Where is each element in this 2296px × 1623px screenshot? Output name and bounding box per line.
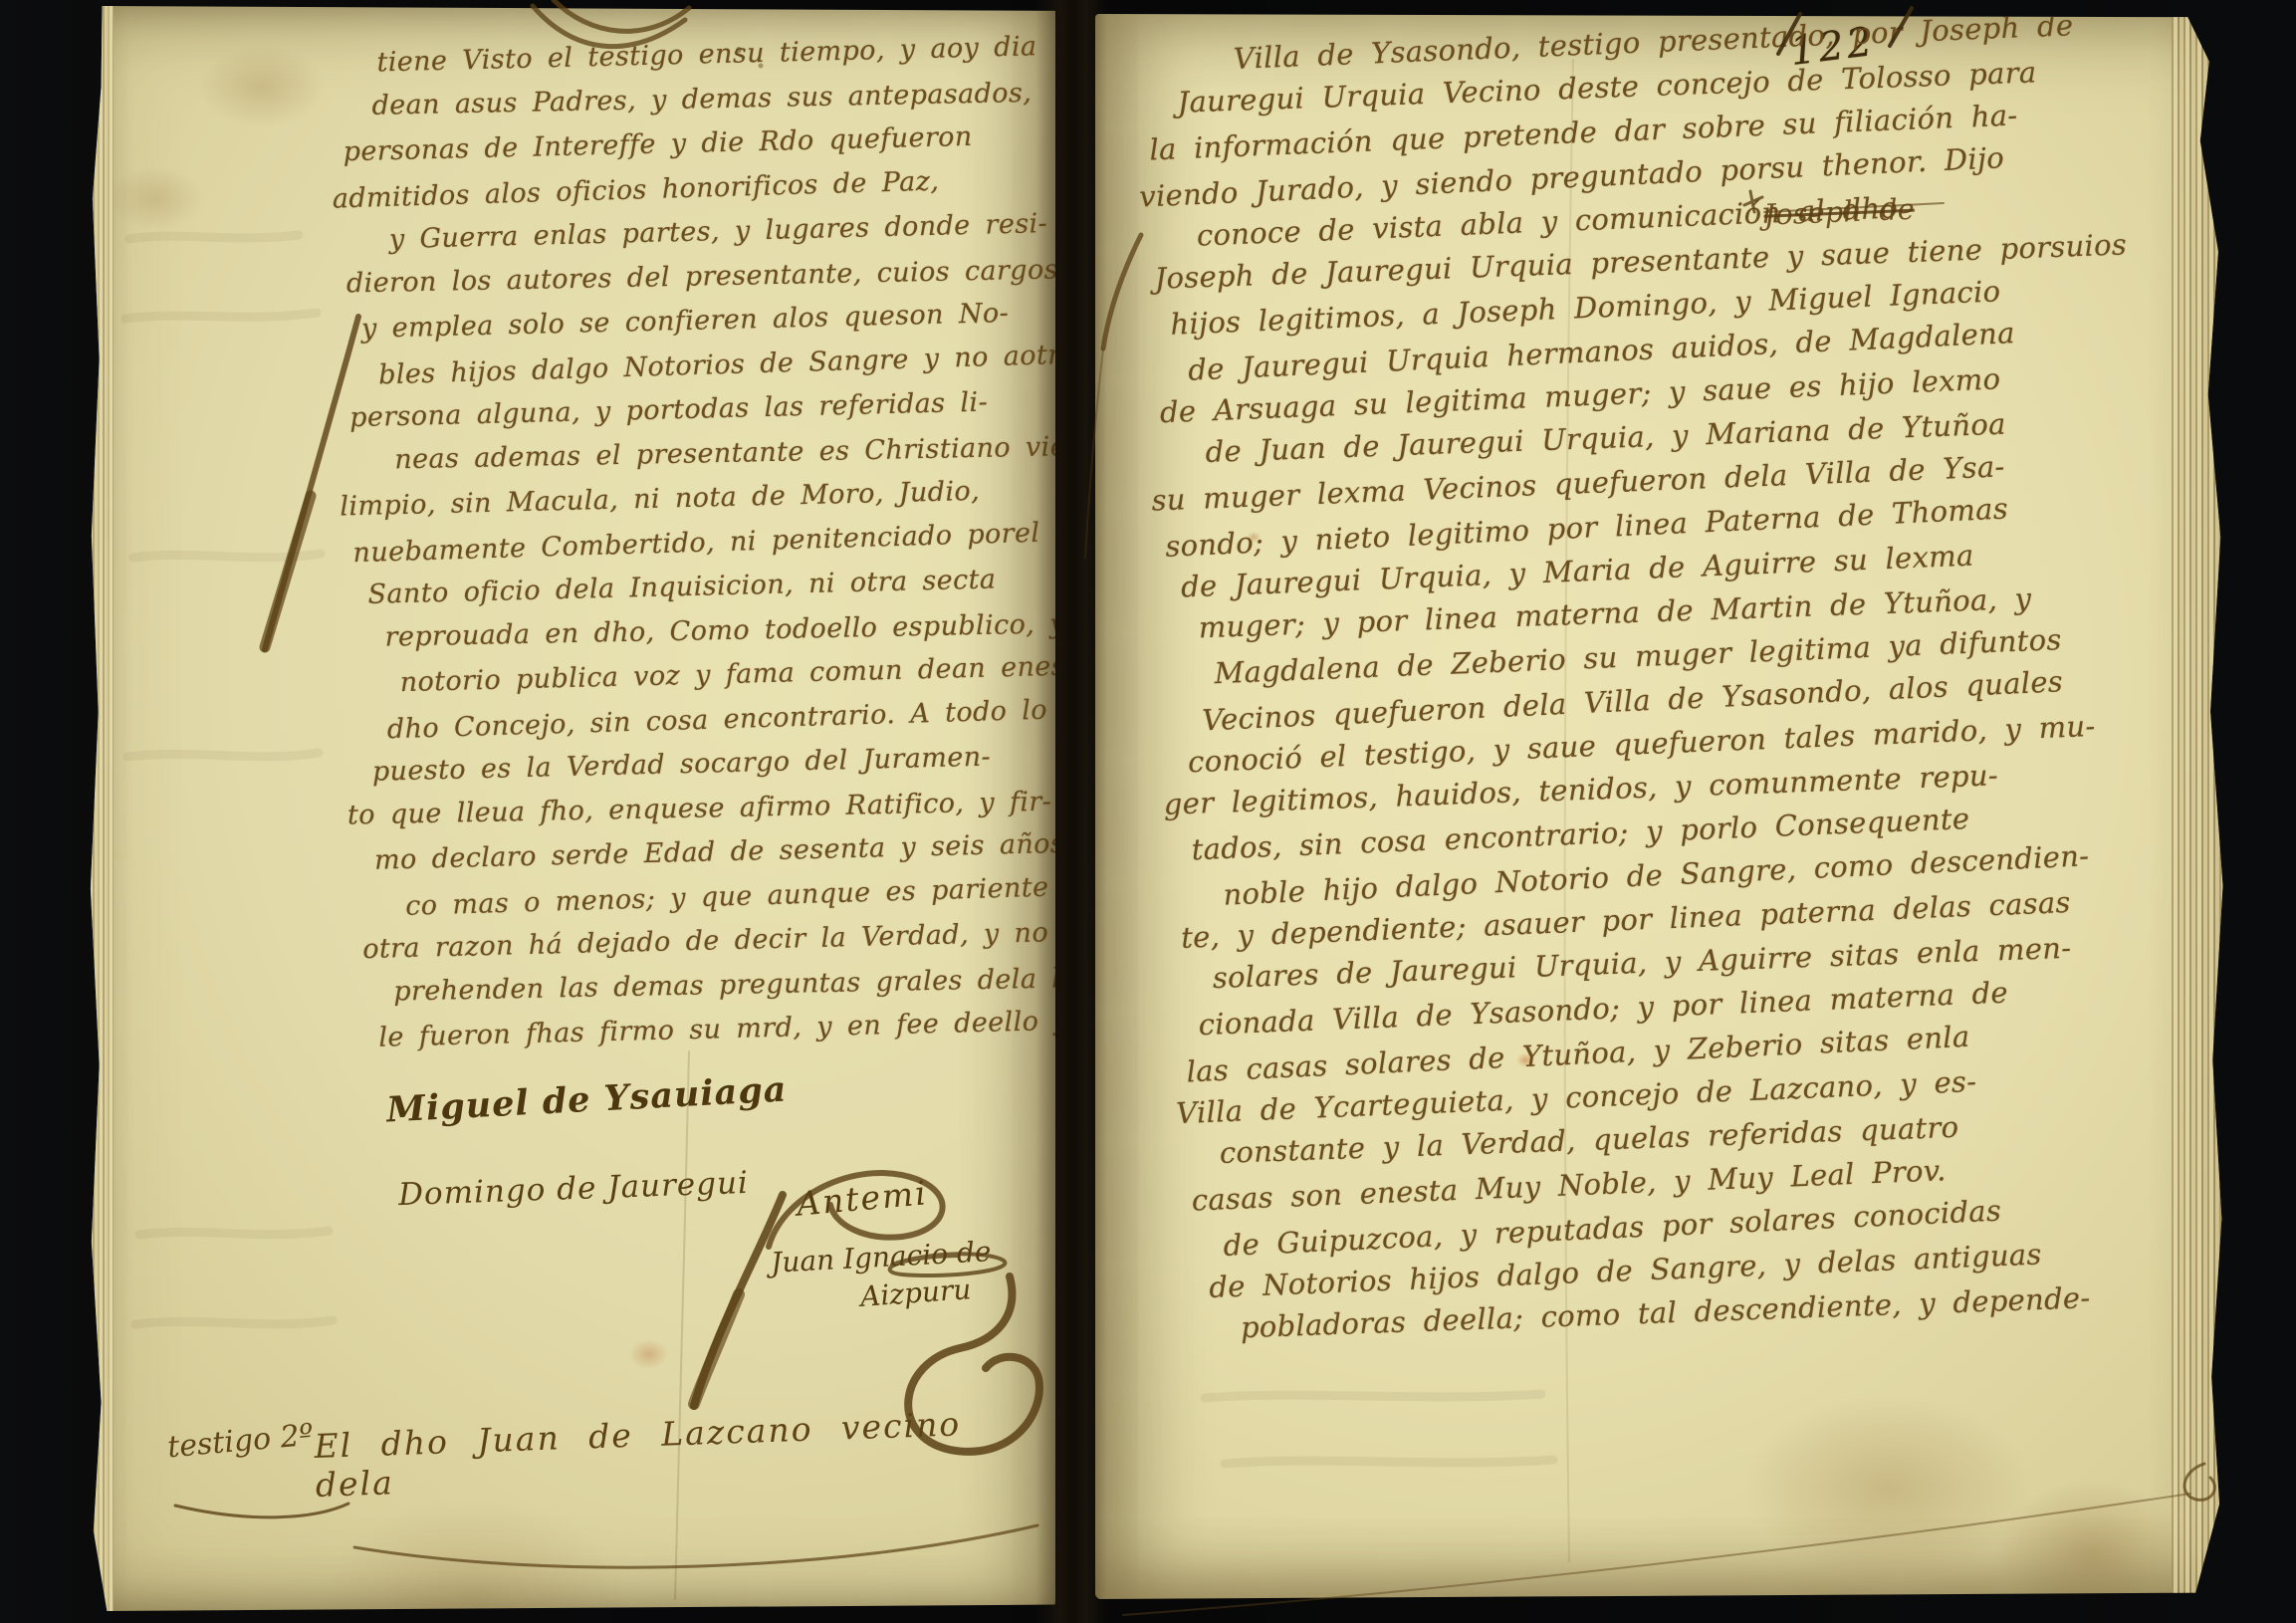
notary-antemi-label: Antemi	[796, 1173, 930, 1223]
right-page-lines: Villa de Ysasondo, testigo presentado, p…	[1159, 0, 2236, 1353]
book-block-edge	[88, 6, 114, 1611]
struck-out-text: Joseph de	[1763, 187, 1916, 237]
left-page-text-block: tiene Visto el testigo ensu tiempo, y ao…	[354, 24, 1116, 1060]
left-page-lines: tiene Visto el testigo ensu tiempo, y ao…	[354, 24, 1116, 1060]
notary-name-line2: Aizpuru	[859, 1273, 972, 1313]
right-page: 122 Villa de Ysasondo, testigo presentad…	[1095, 14, 2227, 1599]
book-gutter-shadow	[1035, 0, 1107, 1623]
right-page-text-block: Villa de Ysasondo, testigo presentado, p…	[1159, 0, 2236, 1353]
witness-2-opening-line: El dho Juan de Lazcano vecino dela	[314, 1401, 1056, 1505]
signature-miguel-de-ysauiaga: Miguel de Ysauiaga	[385, 1068, 788, 1130]
left-page: tiene Visto el testigo ensu tiempo, y ao…	[88, 6, 1055, 1611]
witness-2-marginal-label: testigo 2º	[166, 1418, 315, 1466]
manuscript-photo: tiene Visto el testigo ensu tiempo, y ao…	[0, 0, 2296, 1623]
signature-domingo-de-jauregui: Domingo de Jauregui	[397, 1165, 749, 1213]
